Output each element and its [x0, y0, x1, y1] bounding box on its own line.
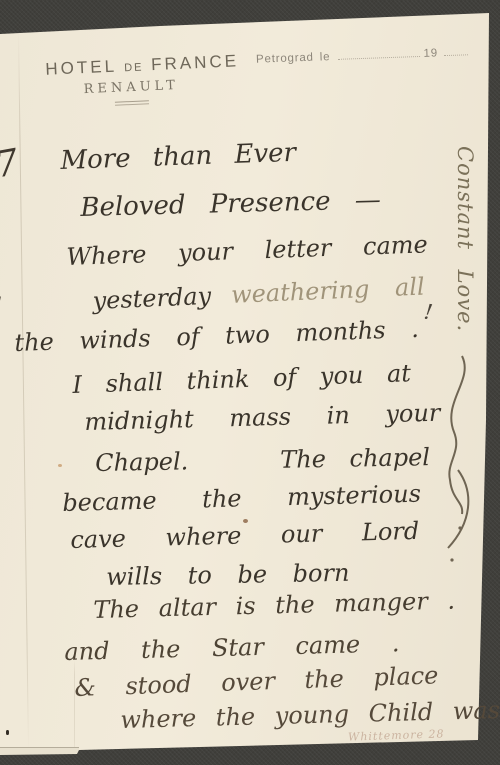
letterhead-word-france: FRANCE	[151, 51, 240, 74]
ink-flourish-2	[438, 464, 478, 564]
under-sheet-edge	[0, 747, 79, 757]
ink-dot	[6, 730, 9, 735]
fold-crease	[18, 30, 29, 752]
letter-line: wills to be born	[106, 559, 350, 591]
letter-line-segment: yesterday	[92, 282, 212, 315]
dateline-blank-rule-2	[444, 53, 468, 56]
letter-line: Chapel.The chapel	[95, 443, 430, 477]
letterhead-subtitle: RENAULT	[46, 76, 216, 98]
document-photo: HOTEL DE FRANCE RENAULT Petrograd le 19 …	[0, 0, 500, 765]
dateline-particle: le	[320, 51, 331, 63]
dateline-blank-rule	[338, 55, 419, 60]
letter-line-segment: The chapel	[280, 443, 430, 474]
edge-stroke: d	[0, 292, 2, 325]
letterhead: HOTEL DE FRANCE RENAULT	[45, 52, 217, 108]
margin-note-vertical: Constant Love.	[453, 146, 477, 332]
letter-line-segment: Chapel.	[95, 447, 188, 477]
letterhead-word-de: DE	[124, 61, 144, 74]
pencil-catalog-note: Whittemore 28	[348, 727, 445, 743]
letterhead-word-hotel: HOTEL	[45, 57, 117, 79]
dateline-year: 19	[423, 47, 438, 59]
dateline-place: Petrograd	[256, 52, 314, 66]
paper-speck	[58, 464, 62, 467]
